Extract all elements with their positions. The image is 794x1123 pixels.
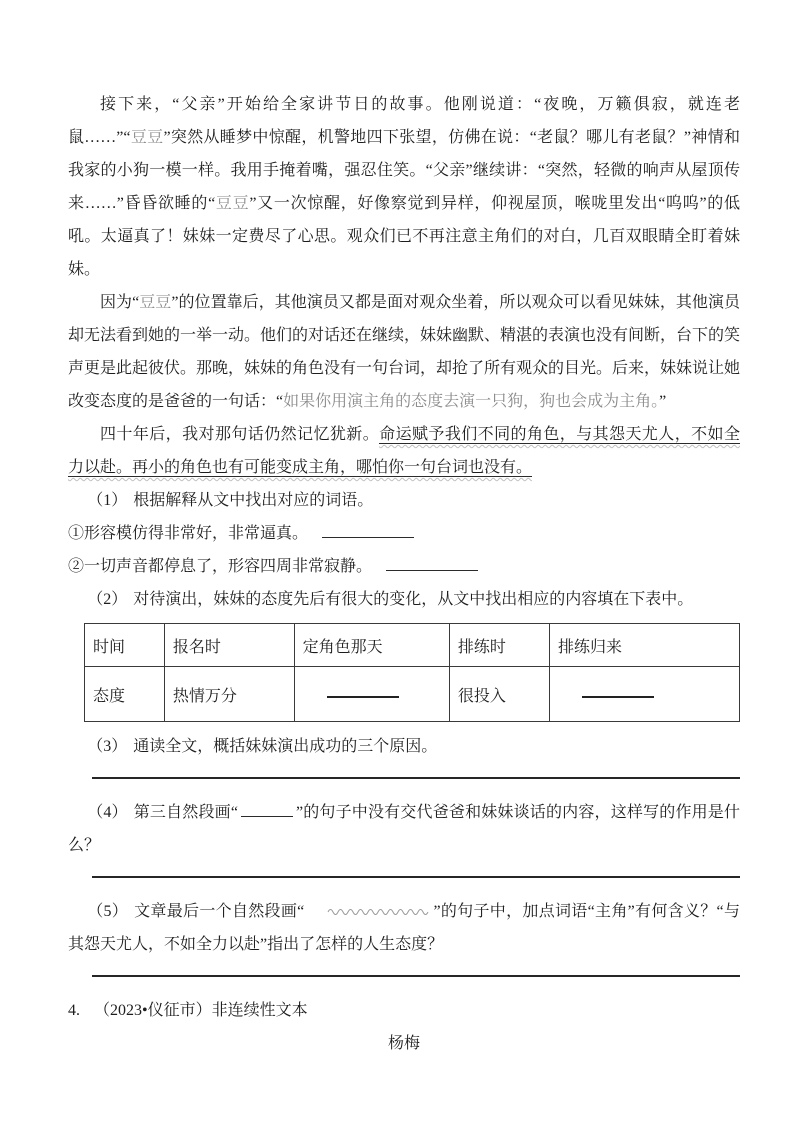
next-section-title: 杨梅 (68, 1027, 740, 1060)
next-question-source: （2023•仪征市） (94, 1002, 212, 1019)
answer-writing-line (92, 876, 740, 878)
question-1-item-2: ②一切声音都停息了，形容四周非常寂静。 (68, 550, 740, 583)
td-devoted: 很投入 (449, 667, 549, 722)
td-blank-role-day (294, 667, 449, 722)
document-page: 接下来，“父亲”开始给全家讲节日的故事。他刚说道：“夜晚，万籁俱寂，就连老鼠……… (0, 0, 794, 1123)
passage-text: 因为“ (100, 294, 139, 311)
doudou-quoted-name: 豆豆 (131, 129, 164, 146)
answer-writing-line (92, 777, 740, 779)
question-5: （5）文章最后一个自然段画“”的句子中，加点词语“主角”有何含义？“与其怨天尤人… (68, 895, 740, 961)
next-question-number: 4. (68, 1002, 80, 1019)
question-1: （1）根据解释从文中找出对应的词语。 (68, 484, 740, 517)
doudou-quoted-name: 豆豆 (139, 294, 171, 311)
q5-wavy-blank (308, 895, 429, 928)
question-4: （4）第三自然段画“”的句子中没有交代爸爸和妹妹谈话的内容，这样写的作用是什么？ (68, 796, 740, 862)
attitude-table: 时间 报名时 定角色那天 排练时 排练归来 态度 热情万分 很投入 (84, 623, 740, 722)
question-1-item-1-text: 形容模仿得非常好，非常逼真。 (84, 525, 308, 542)
th-role-day: 定角色那天 (294, 624, 449, 667)
th-rehearsal: 排练时 (449, 624, 549, 667)
question-5-text-before: 文章最后一个自然段画“ (134, 903, 304, 920)
th-rehearsal-return: 排练归来 (550, 624, 740, 667)
question-2-text: 对待演出，妹妹的态度先后有很大的变化，从文中找出相应的内容填在下表中。 (133, 591, 693, 608)
table-blank-line (327, 686, 399, 698)
td-enthusiastic: 热情万分 (164, 667, 294, 722)
next-question-category: 非连续性文本 (212, 1002, 308, 1019)
question-4-text-before: 第三自然段画“ (134, 804, 238, 821)
answer-blank-1 (322, 523, 414, 538)
table-attitude-row: 态度 热情万分 很投入 (85, 667, 740, 722)
question-3: （3）通读全文，概括妹妹演出成功的三个原因。 (68, 730, 740, 763)
td-attitude-label: 态度 (85, 667, 165, 722)
q4-inline-blank (241, 802, 293, 817)
question-2: （2）对待演出，妹妹的态度先后有很大的变化，从文中找出相应的内容填在下表中。 (68, 583, 740, 616)
circled-number-1: ① (68, 525, 84, 542)
passage-text: 四十年后，我对那句话仍然记忆犹新。 (100, 426, 379, 443)
question-1-label: （1） (87, 492, 127, 509)
next-question-item: 4.（2023•仪征市）非连续性文本 (68, 994, 740, 1027)
father-quote: 如果你用演主角的态度去演一只狗，狗也会成为主角。 (283, 393, 659, 410)
passage-paragraph-1: 接下来，“父亲”开始给全家讲节日的故事。他刚说道：“夜晚，万籁俱寂，就连老鼠……… (68, 88, 740, 286)
doudou-quoted-name: 豆豆 (215, 195, 249, 212)
td-blank-return (550, 667, 740, 722)
question-1-text: 根据解释从文中找出对应的词语。 (133, 492, 373, 509)
passage-paragraph-3: 四十年后，我对那句话仍然记忆犹新。命运赋予我们不同的角色，与其怨天尤人，不如全力… (68, 418, 740, 484)
question-2-label: （2） (87, 591, 127, 608)
answer-writing-line (92, 975, 740, 977)
passage-text: ” (659, 393, 666, 410)
wavy-underline (327, 906, 429, 916)
question-3-text: 通读全文，概括妹妹演出成功的三个原因。 (133, 738, 437, 755)
question-3-label: （3） (87, 738, 127, 755)
question-1-item-1: ①形容模仿得非常好，非常逼真。 (68, 517, 740, 550)
answer-blank-2 (386, 556, 478, 571)
question-5-label: （5） (87, 903, 128, 920)
th-time: 时间 (85, 624, 165, 667)
circled-number-2: ② (68, 558, 84, 575)
table-header-row: 时间 报名时 定角色那天 排练时 排练归来 (85, 624, 740, 667)
th-signup: 报名时 (164, 624, 294, 667)
question-1-item-2-text: 一切声音都停息了，形容四周非常寂静。 (84, 558, 372, 575)
table-blank-line (582, 686, 654, 698)
passage-paragraph-2: 因为“豆豆”的位置靠后，其他演员又都是面对观众坐着，所以观众可以看见妹妹，其他演… (68, 286, 740, 418)
question-4-label: （4） (87, 804, 128, 821)
